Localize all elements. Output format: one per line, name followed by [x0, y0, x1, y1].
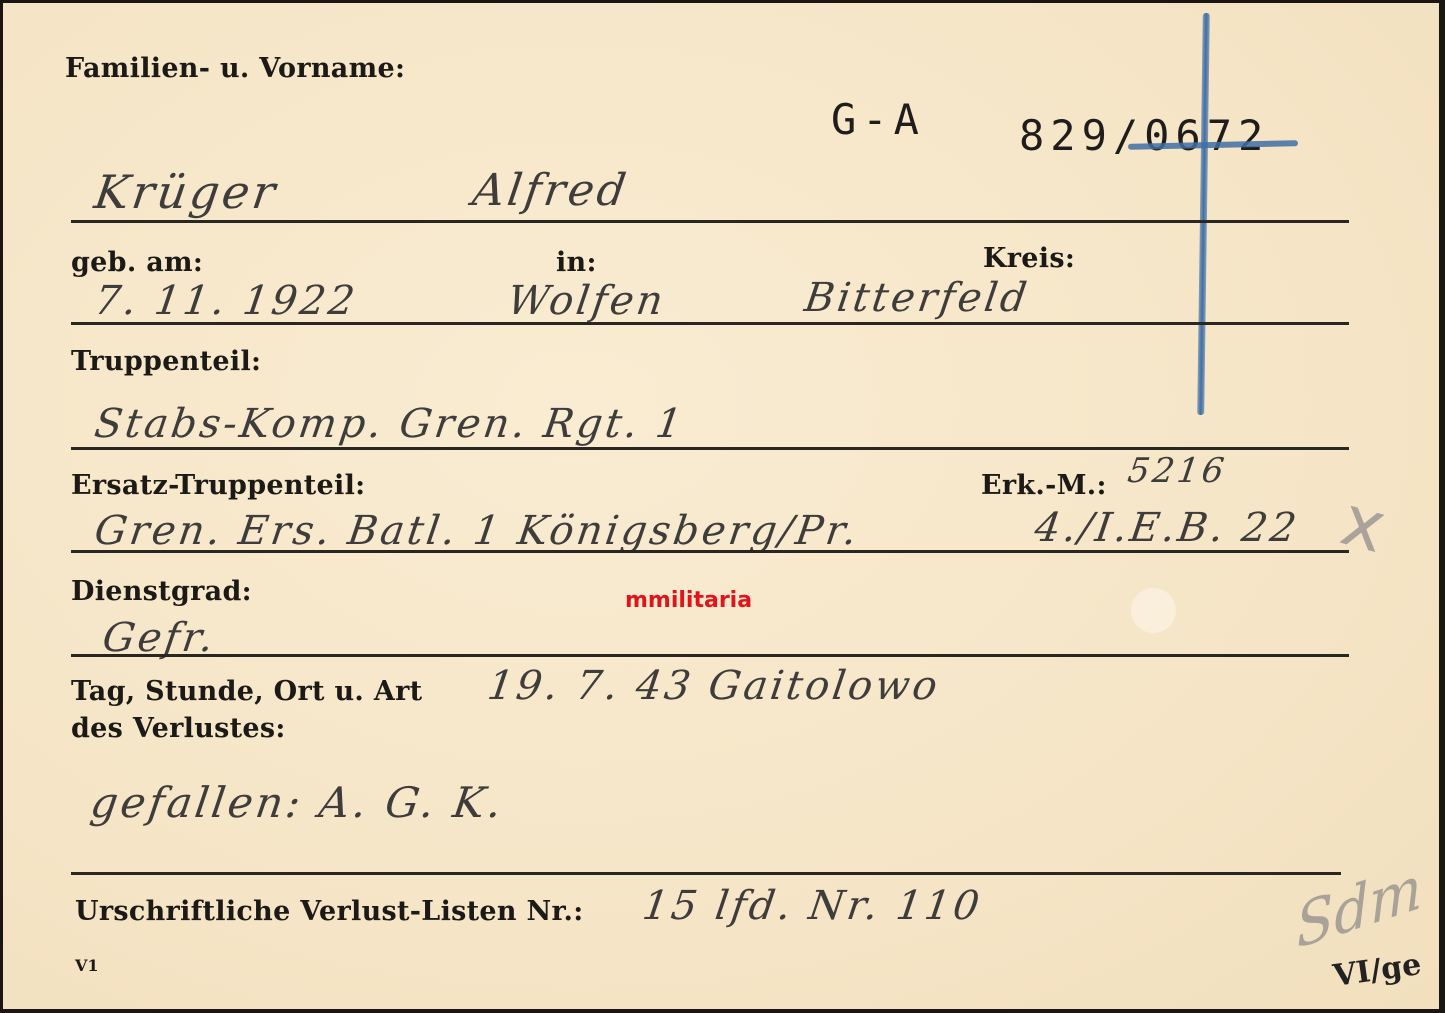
label-loss-line1: Tag, Stunde, Ort u. Art [71, 676, 422, 707]
rule-birth [71, 322, 1349, 325]
label-name: Familien- u. Vorname: [65, 53, 405, 84]
label-id-tag: Erk.-M.: [981, 470, 1107, 501]
label-born-in: in: [556, 247, 597, 278]
entry-id-tag-number: 5216 [1125, 451, 1229, 491]
entry-district: Bitterfeld [802, 275, 1032, 321]
paper-stain [1131, 588, 1176, 633]
entry-loss-list-number: 15 lfd. Nr. 110 [640, 883, 985, 929]
label-loss-line2: des Verlustes: [71, 713, 286, 744]
entry-birth-date: 7. 11. 1922 [92, 278, 360, 324]
entry-first-name: Alfred [469, 165, 632, 216]
pencil-mark: x [1333, 479, 1394, 569]
blue-crayon-cross-vertical [1197, 13, 1210, 415]
entry-birth-place: Wolfen [505, 278, 669, 324]
label-rank: Dienstgrad: [71, 576, 252, 607]
rule-unit [71, 447, 1349, 450]
rule-loss [71, 872, 1341, 875]
stamp-number: 829/0672 [1019, 111, 1269, 160]
rule-rank [71, 654, 1349, 657]
label-district: Kreis: [983, 243, 1075, 274]
label-loss-lists: Urschriftliche Verlust-Listen Nr.: [75, 896, 584, 927]
entry-loss-type: gefallen: A. G. K. [88, 778, 508, 827]
entry-unit: Stabs-Komp. Gren. Rgt. 1 [92, 401, 688, 447]
rule-name [71, 220, 1349, 223]
stamp-prefix: G-A [831, 95, 925, 144]
rule-replacement-unit [71, 550, 1349, 553]
entry-replacement-unit: Gren. Ers. Batl. 1 Königsberg/Pr. [92, 508, 863, 554]
casualty-record-card: Familien- u. Vorname: G-A 829/0672 Krüge… [3, 3, 1439, 1009]
entry-surname: Krüger [91, 165, 281, 219]
entry-loss-details: 19. 7. 43 Gaitolowo [485, 663, 943, 709]
label-born-on: geb. am: [71, 247, 203, 278]
signature: Sdm [1294, 851, 1423, 962]
label-replacement-unit: Ersatz-Truppenteil: [71, 470, 365, 501]
label-unit: Truppenteil: [71, 346, 261, 377]
watermark: mmilitaria [625, 588, 752, 613]
roman-reference: VI/ge [1331, 947, 1423, 994]
entry-id-tag-unit: 4./I.E.B. 22 [1032, 505, 1302, 551]
form-code: V1 [75, 956, 99, 975]
